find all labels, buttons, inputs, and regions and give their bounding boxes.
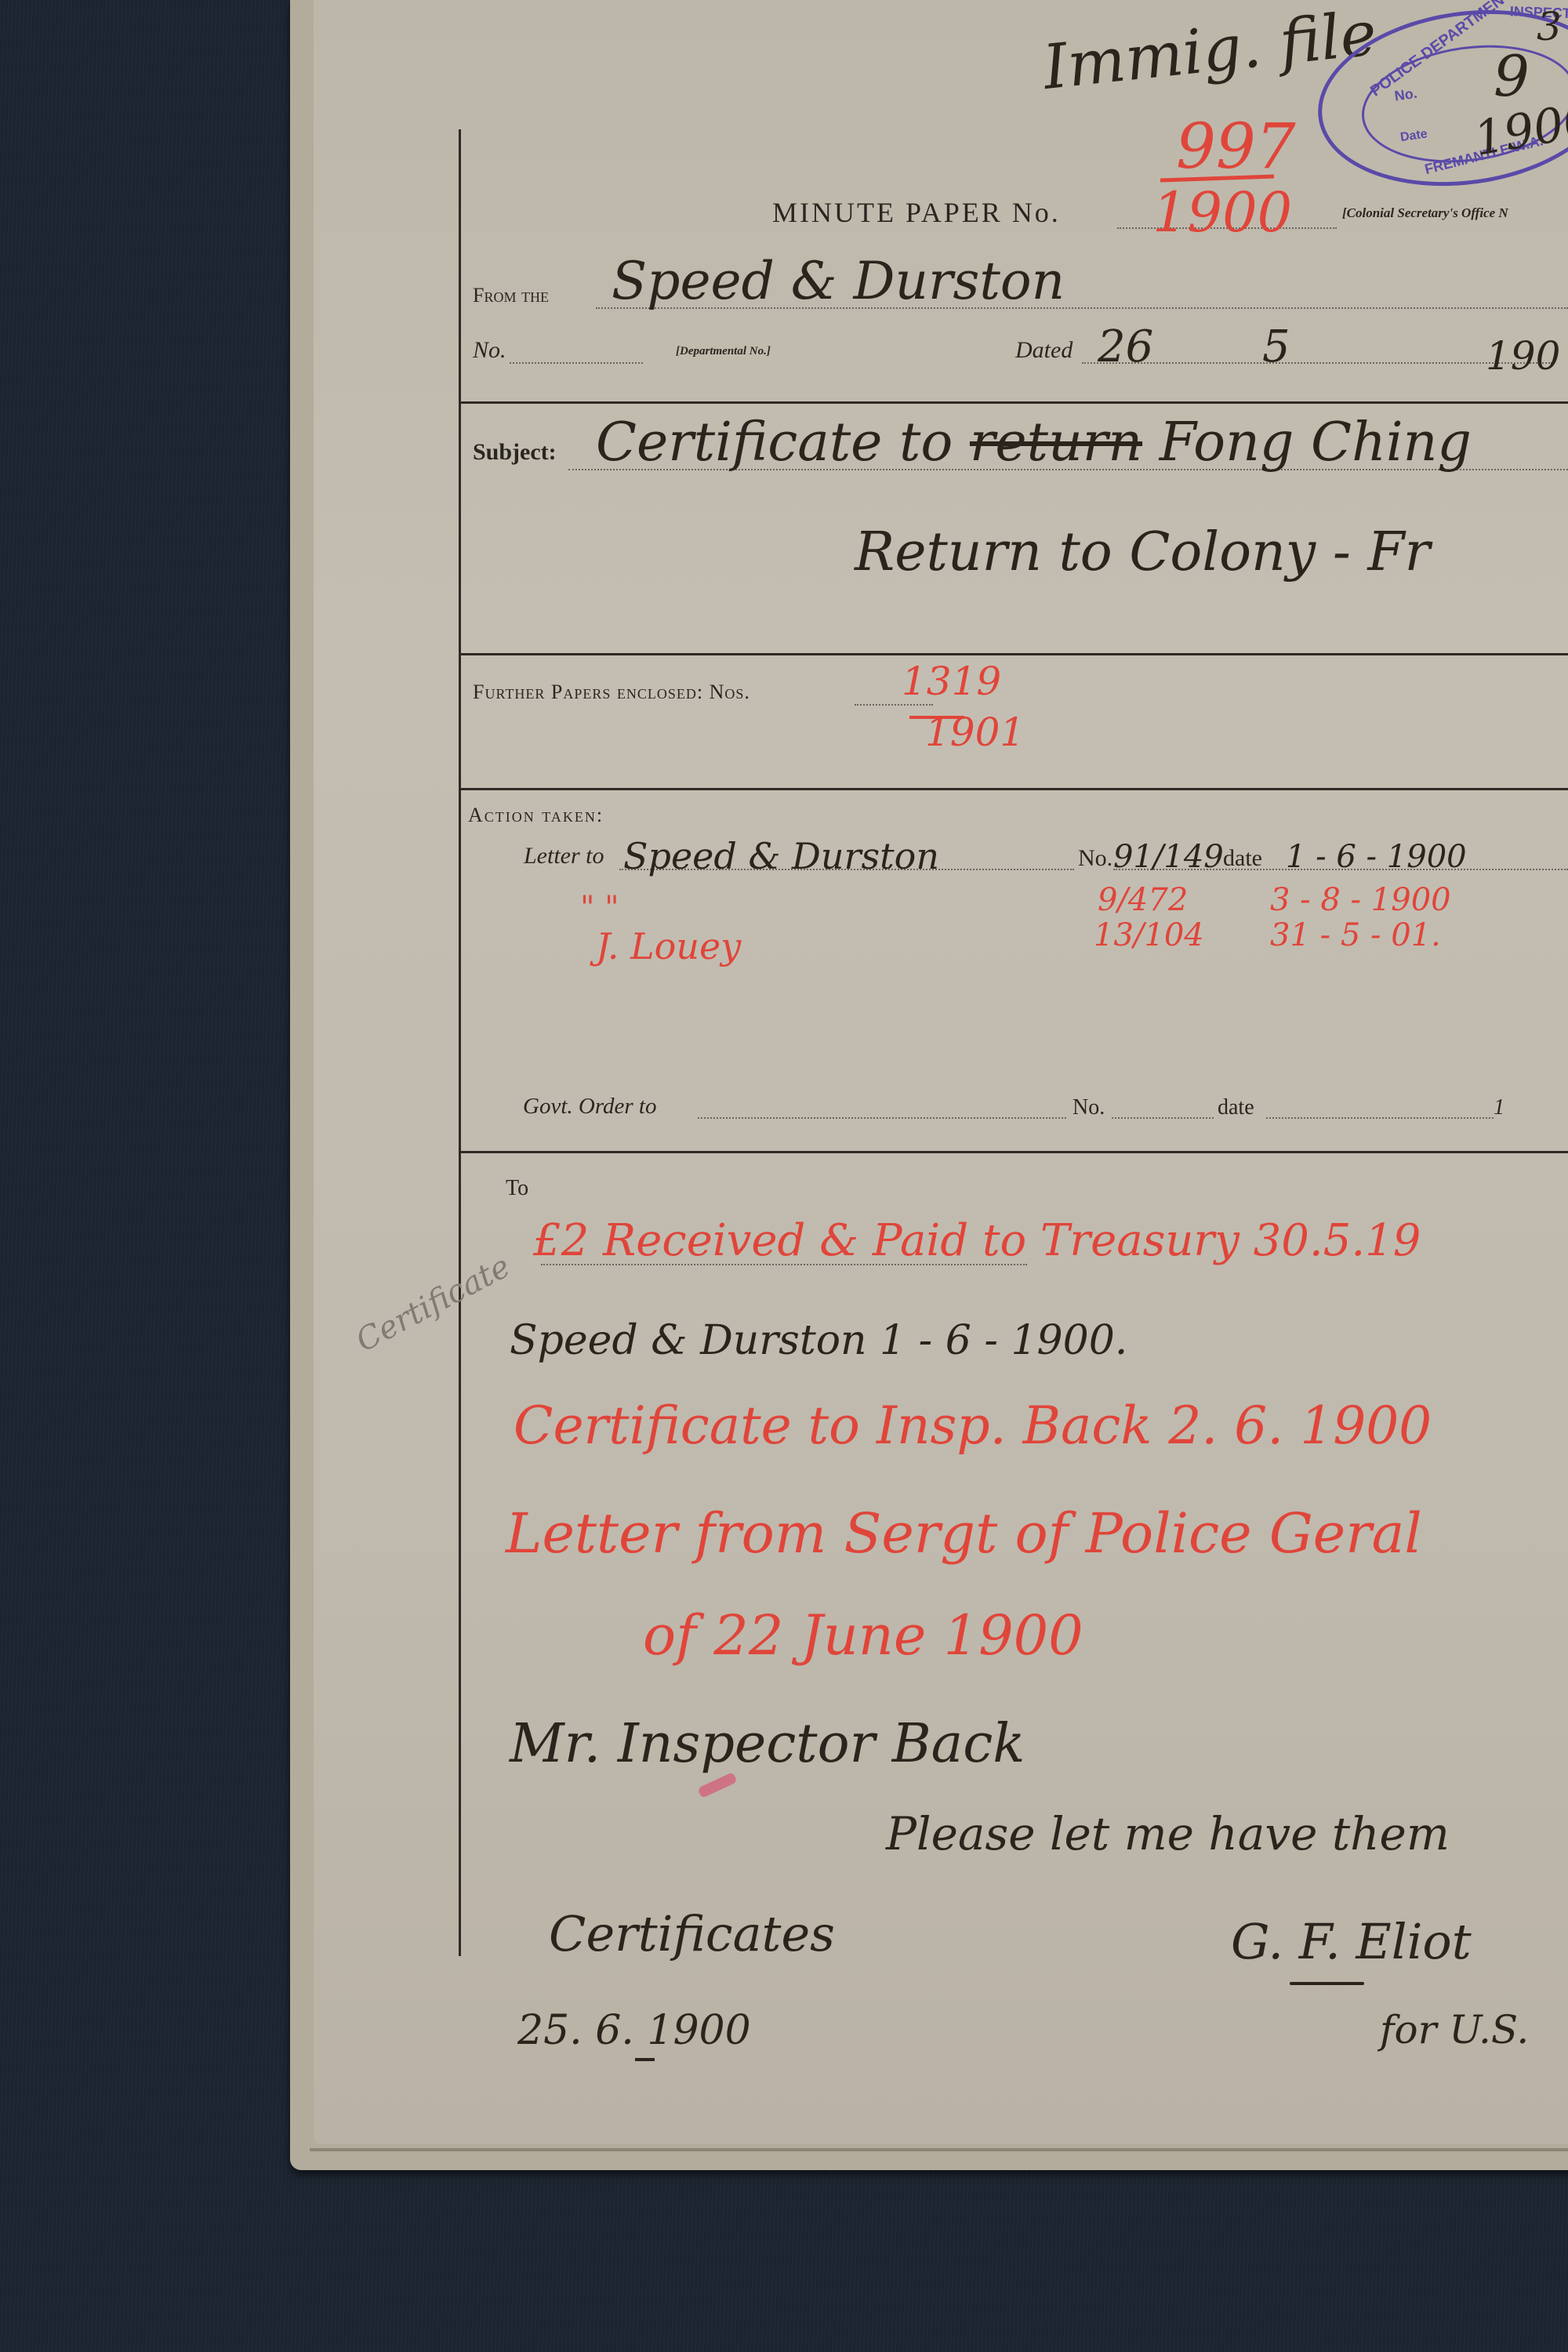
from-label: From the xyxy=(473,284,549,307)
divider-before-minutes xyxy=(461,1151,1568,1153)
stamp-no-label: No. xyxy=(1393,85,1418,105)
dated-label: Dated xyxy=(1015,337,1073,364)
closing-date[interactable]: 25. 6. 1900 xyxy=(517,2007,751,2054)
minute-line-4[interactable]: Letter from Sergt of Police Geral xyxy=(506,1501,1422,1566)
department-no-label: No. xyxy=(473,337,506,364)
letter-date-label: date xyxy=(1223,845,1262,872)
closing-date-underline xyxy=(635,2058,655,2061)
dated-month[interactable]: 5 xyxy=(1262,321,1290,372)
action-entry-1-number[interactable]: 91/149 xyxy=(1113,839,1224,875)
action-entry-3-number[interactable]: 13/104 xyxy=(1094,917,1204,953)
govt-order-year-mark: 1 xyxy=(1494,1095,1504,1120)
department-no-field-line xyxy=(510,362,643,364)
minute-line-2[interactable]: Speed & Durston 1 - 6 - 1900. xyxy=(510,1317,1127,1364)
letter-no-label: No. xyxy=(1078,845,1112,872)
action-entry-3-recipient[interactable]: J. Louey xyxy=(596,925,741,967)
subject-line-2[interactable]: Return to Colony - Fr xyxy=(855,521,1430,583)
subject-line-1[interactable]: Certificate to return Fong Ching xyxy=(596,412,1472,474)
action-entry-3-date[interactable]: 31 - 5 - 01. xyxy=(1270,917,1441,953)
divider-after-header xyxy=(461,401,1568,404)
minute-line-1[interactable]: £2 Received & Paid to Treasury 30.5.19 xyxy=(533,1215,1421,1266)
govt-order-field-line xyxy=(698,1117,1066,1119)
further-papers-number-bottom[interactable]: 1901 xyxy=(925,710,1025,755)
to-label: To xyxy=(506,1176,528,1201)
red-file-number-top: 997 xyxy=(1176,110,1296,183)
departmental-no-note: [Departmental No.] xyxy=(676,345,771,358)
subject-line-1-prefix: Certificate to xyxy=(596,412,953,474)
letter-to-label: Letter to xyxy=(524,843,604,869)
action-taken-label: Action taken: xyxy=(468,804,604,827)
subject-line-1-struck: return xyxy=(970,412,1142,474)
minute-addressee[interactable]: Mr. Inspector Back xyxy=(510,1713,1025,1775)
govt-order-date-label: date xyxy=(1218,1095,1254,1120)
subject-line-1-suffix: Fong Ching xyxy=(1160,412,1472,474)
govt-order-no-field-line xyxy=(1112,1117,1214,1119)
minute-line-5[interactable]: of 22 June 1900 xyxy=(643,1603,1083,1668)
stamp-number-value: 9 xyxy=(1494,43,1530,109)
signature-underline xyxy=(1290,1982,1364,1985)
govt-order-label: Govt. Order to xyxy=(523,1094,657,1120)
closing-certificates[interactable]: Certificates xyxy=(549,1905,835,1962)
action-entry-2-number[interactable]: 9/472 xyxy=(1098,882,1188,918)
govt-order-no-label: No. xyxy=(1073,1095,1105,1120)
govt-order-date-field-line xyxy=(1266,1117,1494,1119)
minute-paper-number[interactable]: 1900 xyxy=(1152,180,1292,245)
further-papers-field-line xyxy=(855,704,933,706)
stamp-superscript: 3 xyxy=(1537,4,1562,49)
from-value[interactable]: Speed & Durston xyxy=(612,251,1065,311)
signature: G. F. Eliot xyxy=(1231,1913,1472,1970)
dated-day[interactable]: 26 xyxy=(1098,321,1153,372)
colonial-secretary-office-note: [Colonial Secretary's Office N xyxy=(1342,205,1508,221)
page-stack-edge xyxy=(310,2148,1568,2151)
action-entry-1-recipient[interactable]: Speed & Durston xyxy=(623,835,939,877)
minute-request[interactable]: Please let me have them xyxy=(886,1807,1450,1860)
divider-after-further-papers xyxy=(461,788,1568,790)
further-papers-number-top[interactable]: 1319 xyxy=(902,659,1001,704)
action-entry-2-recipient[interactable]: " " xyxy=(580,890,619,926)
minute-paper-title: MINUTE PAPER No. xyxy=(772,196,1061,229)
signature-title: for U.S. xyxy=(1380,2007,1529,2053)
subject-label: Subject: xyxy=(473,439,557,466)
divider-after-subject xyxy=(461,653,1568,655)
dated-year[interactable]: 190 xyxy=(1486,333,1560,379)
action-entry-1-date[interactable]: 1 - 6 - 1900 xyxy=(1286,839,1467,875)
minute-line-3[interactable]: Certificate to Insp. Back 2. 6. 1900 xyxy=(514,1396,1432,1456)
further-papers-label: Further Papers enclosed: Nos. xyxy=(473,681,750,704)
action-entry-2-date[interactable]: 3 - 8 - 1900 xyxy=(1270,882,1451,918)
